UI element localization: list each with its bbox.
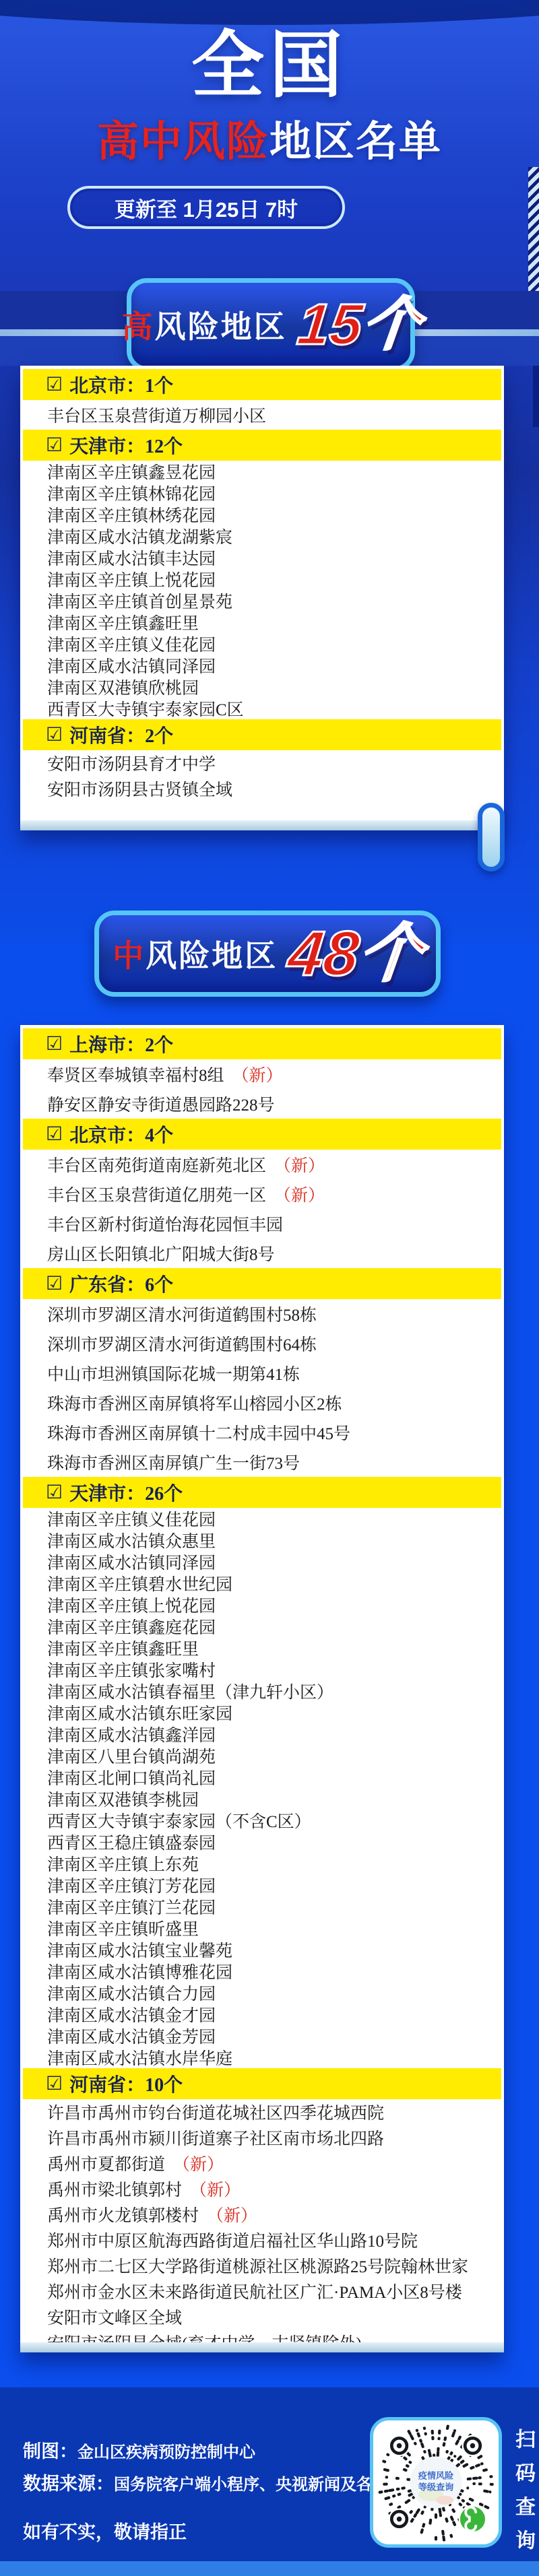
area-name: 津南区咸水沽镇东旺家园 bbox=[47, 1700, 232, 1725]
area-name: 津南区咸水沽镇博雅花园 bbox=[47, 1959, 232, 1983]
new-badge: （新） bbox=[173, 2151, 224, 2175]
area-item: 津南区辛庄镇张家嘴村 bbox=[20, 1659, 504, 1680]
area-name: 奉贤区奉城镇幸福村8组 bbox=[47, 1062, 224, 1086]
high-risk-badge: 高风险地区 15个 bbox=[127, 278, 415, 371]
area-name: 津南区辛庄镇鑫旺里 bbox=[47, 610, 199, 634]
source-label: 数据来源： bbox=[23, 2474, 114, 2494]
area-name: 津南区辛庄镇张家嘴村 bbox=[47, 1657, 216, 1682]
area-name: 津南区辛庄镇义佳花园 bbox=[47, 1507, 216, 1531]
area-name: 津南区咸水沽镇水岸华庭 bbox=[47, 2045, 232, 2070]
area-item: 安阳市汤阴县古贤镇全域 bbox=[20, 776, 504, 801]
area-item: 郑州市金水区未来路街道民航社区广汇·PAMA小区8号楼 bbox=[20, 2278, 504, 2304]
area-name: 房山区长阳镇北广阳城大街8号 bbox=[47, 1241, 275, 1265]
credit-label: 制图： bbox=[23, 2441, 77, 2462]
area-item: 许昌市禹州市颍川街道寨子社区南市场北四路 bbox=[20, 2125, 504, 2150]
area-item: 中山市坦洲镇国际花城一期第41栋 bbox=[20, 1358, 504, 1388]
new-badge: （新） bbox=[274, 1182, 325, 1206]
area-name: 津南区辛庄镇林绣花园 bbox=[47, 502, 216, 527]
area-item: 津南区咸水沽镇春福里（津九轩小区） bbox=[20, 1680, 504, 1702]
area-name: 安阳市汤阴县古贤镇全域 bbox=[47, 777, 232, 801]
area-item: 丰台区新村街道怡海花园恒丰园 bbox=[20, 1209, 504, 1239]
area-item: 津南区咸水沽镇金才园 bbox=[20, 2004, 504, 2025]
area-item: 津南区辛庄镇鑫旺里 bbox=[20, 612, 504, 633]
area-name: 珠海市香洲区南屏镇广生一街73号 bbox=[47, 1450, 300, 1474]
area-item: 津南区咸水沽镇宝业馨苑 bbox=[20, 1939, 504, 1960]
area-name: 禹州市火龙镇郭楼村 bbox=[47, 2202, 199, 2226]
area-name: 津南区咸水沽镇合力园 bbox=[47, 1981, 216, 2005]
area-item: 津南区辛庄镇鑫昱花园 bbox=[20, 461, 504, 482]
area-name: 津南区咸水沽镇宝业馨苑 bbox=[47, 1938, 232, 1962]
credit-line: 制图：金山区疾病预防控制中心 bbox=[23, 2437, 255, 2463]
medium-region-header-1: ☑北京市：4个 bbox=[23, 1119, 501, 1150]
qr-caption-line2: 等级查询 bbox=[418, 2481, 454, 2492]
area-item: 珠海市香洲区南屏镇将军山榕园小区2栋 bbox=[20, 1388, 504, 1418]
medium-badge-prefix: 中 bbox=[113, 938, 146, 973]
subtitle-white-part: 地区名单 bbox=[269, 119, 442, 165]
area-item: 津南区辛庄镇上悦花园 bbox=[20, 568, 504, 590]
area-name: 西青区王稳庄镇盛泰园 bbox=[47, 1830, 216, 1854]
area-item: 津南区咸水沽镇丰达园 bbox=[20, 547, 504, 568]
area-item: 安阳市文峰区全域 bbox=[20, 2304, 504, 2330]
medium-region-header-2: ☑广东省：6个 bbox=[23, 1268, 501, 1299]
area-name: 静安区静安寺街道愚园路228号 bbox=[47, 1092, 275, 1116]
area-name: 安阳市文峰区全域 bbox=[47, 2305, 182, 2329]
area-name: 西青区大寺镇宇泰家园（不含C区） bbox=[47, 1808, 311, 1832]
area-item: 安阳市汤阴县育才中学 bbox=[20, 750, 504, 776]
high-badge-prefix: 高 bbox=[122, 309, 155, 344]
area-item: 津南区辛庄镇鑫庭花园 bbox=[20, 1616, 504, 1637]
area-item: 深圳市罗湖区清水河街道鹤围村58栋 bbox=[20, 1299, 504, 1329]
subtitle-red-part: 高中风险 bbox=[97, 119, 269, 165]
medium-risk-list: ☑上海市：2个奉贤区奉城镇幸福村8组（新）静安区静安寺街道愚园路228号☑北京市… bbox=[20, 1028, 504, 2355]
checkbox-icon: ☑ bbox=[46, 1034, 63, 1053]
area-item: 禹州市梁北镇郭村（新） bbox=[20, 2176, 504, 2202]
area-name: 津南区辛庄镇鑫昱花园 bbox=[47, 459, 216, 484]
area-name: 津南区辛庄镇上悦花园 bbox=[47, 1593, 216, 1617]
area-item: 津南区辛庄镇汀芳花园 bbox=[20, 1874, 504, 1896]
area-name: 西青区大寺镇宇泰家园C区 bbox=[47, 696, 244, 721]
area-item: 奉贤区奉城镇幸福村8组（新） bbox=[20, 1059, 504, 1089]
area-item: 津南区辛庄镇汀兰花园 bbox=[20, 1896, 504, 1917]
area-item: 西青区大寺镇宇泰家园（不含C区） bbox=[20, 1810, 504, 1831]
medium-risk-panel: ☑上海市：2个奉贤区奉城镇幸福村8组（新）静安区静安寺街道愚园路228号☑北京市… bbox=[20, 1025, 504, 2352]
region-label: 北京市：1个 bbox=[69, 371, 173, 398]
area-item: 津南区辛庄镇上东苑 bbox=[20, 1853, 504, 1874]
checkbox-icon: ☑ bbox=[46, 436, 63, 455]
region-label: 广东省：6个 bbox=[69, 1270, 173, 1297]
area-item: 津南区咸水沽镇合力园 bbox=[20, 1982, 504, 2004]
area-name: 津南区咸水沽镇同泽园 bbox=[47, 1550, 216, 1574]
area-item: 许昌市禹州市钧台街道花城社区四季花城西院 bbox=[20, 2099, 504, 2125]
area-item: 丰台区玉泉营街道万柳园小区 bbox=[20, 400, 504, 430]
new-badge: （新） bbox=[207, 2202, 257, 2226]
area-item: 津南区咸水沽镇博雅花园 bbox=[20, 1960, 504, 1982]
area-name: 津南区咸水沽镇同泽园 bbox=[47, 653, 216, 678]
region-label: 上海市：2个 bbox=[69, 1030, 173, 1057]
area-item: 津南区咸水沽镇龙湖紫宸 bbox=[20, 525, 504, 547]
disclaimer-text: 如有不实，敬请指正 bbox=[23, 2517, 187, 2544]
area-item: 深圳市罗湖区清水河街道鹤围村64栋 bbox=[20, 1329, 504, 1358]
area-item: 津南区咸水沽镇众惠里 bbox=[20, 1529, 504, 1551]
panel-bottom-strip bbox=[20, 820, 504, 830]
area-name: 中山市坦洲镇国际花城一期第41栋 bbox=[47, 1361, 300, 1385]
area-name: 津南区双港镇欣桃园 bbox=[47, 675, 199, 699]
area-item: 房山区长阳镇北广阳城大街8号 bbox=[20, 1239, 504, 1268]
page-title: 全国 bbox=[0, 27, 539, 103]
area-item: 丰台区玉泉营街道亿朋苑一区（新） bbox=[20, 1179, 504, 1209]
area-item: 津南区咸水沽镇同泽园 bbox=[20, 655, 504, 676]
area-item: 津南区辛庄镇昕盛里 bbox=[20, 1917, 504, 1939]
medium-region-header-0: ☑上海市：2个 bbox=[23, 1028, 501, 1059]
area-item: 津南区咸水沽镇鑫洋园 bbox=[20, 1723, 504, 1745]
checkbox-icon: ☑ bbox=[46, 375, 63, 394]
area-name: 珠海市香洲区南屏镇将军山榕园小区2栋 bbox=[47, 1391, 342, 1415]
page-subtitle: 高中风险地区名单 bbox=[0, 120, 539, 164]
checkbox-icon: ☑ bbox=[46, 1274, 63, 1293]
area-item: 津南区辛庄镇首创星景苑 bbox=[20, 590, 504, 612]
area-name: 津南区咸水沽镇鑫洋园 bbox=[47, 1722, 216, 1746]
area-name: 郑州市二七区大学路街道桃源社区桃源路25号院翰林世家 bbox=[47, 2253, 468, 2278]
area-item: 禹州市火龙镇郭楼村（新） bbox=[20, 2202, 504, 2227]
high-risk-panel: ☑北京市：1个丰台区玉泉营街道万柳园小区☑天津市：12个津南区辛庄镇鑫昱花园津南… bbox=[20, 366, 504, 830]
area-item: 丰台区南苑街道南庭新苑北区（新） bbox=[20, 1150, 504, 1179]
area-item: 津南区辛庄镇鑫旺里 bbox=[20, 1637, 504, 1659]
high-region-header-1: ☑天津市：12个 bbox=[23, 430, 501, 461]
qr-code-box: 疫情风险 等级查询 bbox=[370, 2417, 502, 2548]
medium-region-header-3: ☑天津市：26个 bbox=[23, 1477, 501, 1508]
high-badge-text: 风险地区 bbox=[155, 309, 287, 344]
area-name: 许昌市禹州市颍川街道寨子社区南市场北四路 bbox=[47, 2125, 384, 2150]
footer-bottom-strip bbox=[0, 2561, 539, 2576]
area-name: 津南区辛庄镇林锦花园 bbox=[47, 481, 216, 505]
checkbox-icon: ☑ bbox=[46, 725, 63, 744]
area-name: 津南区辛庄镇鑫旺里 bbox=[47, 1636, 199, 1660]
infographic-poster: 全国 高中风险地区名单 更新至 1月25日 7时 高风险地区 15个 ☑北京市：… bbox=[0, 0, 539, 2576]
high-region-header-2: ☑河南省：2个 bbox=[23, 719, 501, 750]
area-item: 郑州市二七区大学路街道桃源社区桃源路25号院翰林世家 bbox=[20, 2253, 504, 2278]
area-name: 珠海市香洲区南屏镇十二村成丰园中45号 bbox=[47, 1420, 350, 1445]
area-name: 津南区咸水沽镇金芳园 bbox=[47, 2024, 216, 2048]
area-item: 津南区八里台镇尚湖苑 bbox=[20, 1745, 504, 1766]
new-badge: （新） bbox=[274, 1152, 325, 1177]
area-name: 丰台区玉泉营街道亿朋苑一区 bbox=[47, 1182, 266, 1206]
area-name: 禹州市夏都街道 bbox=[47, 2151, 165, 2175]
area-item: 静安区静安寺街道愚园路228号 bbox=[20, 1089, 504, 1119]
area-item: 津南区辛庄镇上悦花园 bbox=[20, 1594, 504, 1616]
medium-risk-count: 48个 bbox=[285, 922, 425, 985]
area-name: 津南区辛庄镇义佳花园 bbox=[47, 632, 216, 656]
area-name: 津南区咸水沽镇龙湖紫宸 bbox=[47, 524, 232, 548]
area-name: 禹州市梁北镇郭村 bbox=[47, 2177, 182, 2201]
area-name: 津南区辛庄镇汀兰花园 bbox=[47, 1894, 216, 1919]
area-name: 津南区辛庄镇上悦花园 bbox=[47, 567, 216, 591]
area-name: 丰台区玉泉营街道万柳园小区 bbox=[47, 403, 266, 427]
mini-program-logo-icon bbox=[459, 2506, 486, 2532]
area-name: 津南区辛庄镇昕盛里 bbox=[47, 1916, 199, 1940]
qr-code: 疫情风险 等级查询 bbox=[373, 2420, 499, 2544]
area-item: 津南区咸水沽镇水岸华庭 bbox=[20, 2047, 504, 2068]
area-name: 安阳市汤阴县育才中学 bbox=[47, 751, 216, 775]
medium-risk-badge-label: 中风险地区 bbox=[113, 931, 278, 976]
area-name: 深圳市罗湖区清水河街道鹤围村58栋 bbox=[47, 1302, 317, 1326]
area-name: 丰台区新村街道怡海花园恒丰园 bbox=[47, 1212, 283, 1236]
qr-caption-line1: 疫情风险 bbox=[418, 2470, 454, 2480]
area-name: 津南区咸水沽镇春福里（津九轩小区） bbox=[47, 1679, 334, 1703]
area-name: 丰台区南苑街道南庭新苑北区 bbox=[47, 1152, 266, 1177]
area-name: 津南区北闸口镇尚礼园 bbox=[47, 1765, 216, 1789]
medium-region-header-4: ☑河南省：10个 bbox=[23, 2068, 501, 2099]
credit-value: 金山区疾病预防控制中心 bbox=[77, 2443, 255, 2462]
area-name: 津南区咸水沽镇丰达园 bbox=[47, 546, 216, 570]
area-item: 津南区辛庄镇义佳花园 bbox=[20, 1508, 504, 1529]
connector-pill-decoration bbox=[478, 803, 505, 871]
area-name: 津南区辛庄镇汀芳花园 bbox=[47, 1873, 216, 1897]
high-region-header-0: ☑北京市：1个 bbox=[23, 369, 501, 400]
area-item: 津南区辛庄镇林锦花园 bbox=[20, 482, 504, 504]
high-risk-badge-label: 高风险地区 bbox=[122, 302, 287, 347]
new-badge: （新） bbox=[232, 1062, 283, 1086]
checkbox-icon: ☑ bbox=[46, 1125, 63, 1144]
region-label: 河南省：2个 bbox=[69, 721, 173, 748]
area-item: 津南区咸水沽镇东旺家园 bbox=[20, 1702, 504, 1723]
area-item: 珠海市香洲区南屏镇广生一街73号 bbox=[20, 1447, 504, 1477]
area-item: 津南区辛庄镇义佳花园 bbox=[20, 633, 504, 655]
region-label: 北京市：4个 bbox=[69, 1121, 173, 1148]
area-item: 津南区辛庄镇碧水世纪园 bbox=[20, 1573, 504, 1594]
area-name: 津南区辛庄镇上东苑 bbox=[47, 1851, 199, 1876]
checkbox-icon: ☑ bbox=[46, 2074, 63, 2093]
area-item: 津南区咸水沽镇同泽园 bbox=[20, 1551, 504, 1573]
area-name: 津南区咸水沽镇金才园 bbox=[47, 2002, 216, 2026]
area-name: 深圳市罗湖区清水河街道鹤围村64栋 bbox=[47, 1331, 317, 1356]
high-risk-count: 15个 bbox=[294, 296, 423, 354]
new-badge: （新） bbox=[190, 2177, 241, 2201]
area-name: 津南区辛庄镇首创星景苑 bbox=[47, 589, 232, 613]
high-risk-list: ☑北京市：1个丰台区玉泉营街道万柳园小区☑天津市：12个津南区辛庄镇鑫昱花园津南… bbox=[20, 369, 504, 801]
area-name: 津南区咸水沽镇众惠里 bbox=[47, 1528, 216, 1552]
region-label: 天津市：12个 bbox=[69, 432, 183, 459]
update-time-text: 更新至 1月25日 7时 bbox=[115, 193, 298, 223]
area-item: 津南区双港镇欣桃园 bbox=[20, 676, 504, 698]
area-item: 西青区王稳庄镇盛泰园 bbox=[20, 1831, 504, 1853]
area-name: 津南区辛庄镇碧水世纪园 bbox=[47, 1571, 232, 1595]
area-item: 津南区辛庄镇林绣花园 bbox=[20, 504, 504, 525]
area-name: 津南区辛庄镇鑫庭花园 bbox=[47, 1614, 216, 1639]
area-item: 西青区大寺镇宇泰家园C区 bbox=[20, 698, 504, 719]
medium-badge-text: 风险地区 bbox=[146, 938, 278, 973]
area-name: 郑州市金水区未来路街道民航社区广汇·PAMA小区8号楼 bbox=[47, 2279, 462, 2303]
checkbox-icon: ☑ bbox=[46, 1483, 63, 1502]
region-label: 河南省：10个 bbox=[69, 2070, 183, 2097]
scan-hint-vertical-text: 扫码查询 bbox=[508, 2429, 538, 2563]
area-item: 津南区咸水沽镇金芳园 bbox=[20, 2025, 504, 2047]
panel-bottom-strip bbox=[20, 2342, 504, 2352]
area-item: 津南区北闸口镇尚礼园 bbox=[20, 1766, 504, 1788]
update-time-pill: 更新至 1月25日 7时 bbox=[67, 186, 345, 229]
medium-risk-badge: 中风险地区 48个 bbox=[94, 911, 441, 997]
area-item: 禹州市夏都街道（新） bbox=[20, 2150, 504, 2176]
region-label: 天津市：26个 bbox=[69, 1479, 183, 1506]
area-name: 津南区双港镇李桃园 bbox=[47, 1787, 199, 1811]
area-name: 津南区八里台镇尚湖苑 bbox=[47, 1744, 216, 1768]
area-item: 郑州市中原区航海西路街道启福社区华山路10号院 bbox=[20, 2227, 504, 2253]
area-name: 许昌市禹州市钧台街道花城社区四季花城西院 bbox=[47, 2100, 384, 2124]
area-item: 珠海市香洲区南屏镇十二村成丰园中45号 bbox=[20, 1418, 504, 1447]
area-name: 郑州市中原区航海西路街道启福社区华山路10号院 bbox=[47, 2228, 418, 2252]
area-item: 津南区双港镇李桃园 bbox=[20, 1788, 504, 1810]
